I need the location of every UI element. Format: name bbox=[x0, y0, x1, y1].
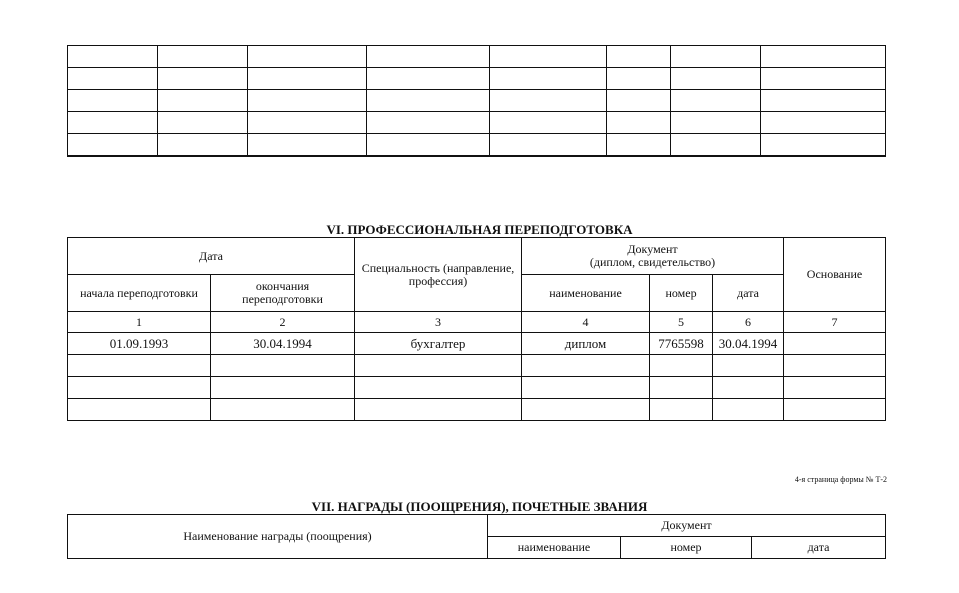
table-cell[interactable] bbox=[248, 68, 367, 90]
table-cell[interactable] bbox=[248, 46, 367, 68]
header-specialty: Специальность (направление, профессия) bbox=[355, 238, 522, 312]
table-cell[interactable]: 01.09.1993 bbox=[68, 333, 211, 355]
column-number: 5 bbox=[650, 312, 713, 333]
table-cell[interactable] bbox=[784, 377, 886, 399]
table-cell[interactable] bbox=[607, 90, 671, 112]
table-cell[interactable] bbox=[367, 68, 490, 90]
table-cell[interactable] bbox=[650, 355, 713, 377]
table-cell[interactable] bbox=[671, 68, 761, 90]
section-7-title: VII. НАГРАДЫ (ПООЩРЕНИЯ), ПОЧЕТНЫЕ ЗВАНИ… bbox=[0, 499, 959, 515]
table-cell[interactable] bbox=[713, 377, 784, 399]
table-cell[interactable] bbox=[490, 46, 607, 68]
column-number: 4 bbox=[522, 312, 650, 333]
table-row bbox=[68, 68, 886, 90]
table-cell[interactable] bbox=[522, 377, 650, 399]
table-cell[interactable] bbox=[490, 134, 607, 157]
table-row bbox=[68, 399, 886, 421]
table-cell[interactable] bbox=[367, 90, 490, 112]
table-cell[interactable] bbox=[158, 46, 248, 68]
table-cell[interactable] bbox=[211, 377, 355, 399]
header-document-subtitle: (диплом, свидетельство) bbox=[522, 256, 783, 269]
table-cell[interactable] bbox=[650, 399, 713, 421]
table-cell[interactable] bbox=[367, 134, 490, 157]
table-cell[interactable] bbox=[607, 112, 671, 134]
header-award-document: Документ bbox=[488, 515, 886, 537]
table-cell[interactable] bbox=[158, 134, 248, 157]
table-cell[interactable] bbox=[490, 90, 607, 112]
table-cell[interactable] bbox=[713, 355, 784, 377]
table-cell[interactable] bbox=[158, 90, 248, 112]
table-cell[interactable] bbox=[211, 399, 355, 421]
header-award-name: Наименование награды (поощрения) bbox=[68, 515, 488, 559]
table-cell[interactable] bbox=[761, 112, 886, 134]
table-cell[interactable] bbox=[713, 399, 784, 421]
table-cell[interactable] bbox=[355, 399, 522, 421]
table-cell[interactable] bbox=[761, 90, 886, 112]
header-date-end: окончания переподготовки bbox=[211, 275, 355, 312]
form-page-reference: 4-я страница формы № Т-2 bbox=[795, 475, 887, 484]
table-row bbox=[68, 377, 886, 399]
table-cell[interactable] bbox=[671, 112, 761, 134]
column-numbers-row: 1234567 bbox=[68, 312, 886, 333]
table-cell[interactable] bbox=[607, 68, 671, 90]
table-cell[interactable] bbox=[355, 355, 522, 377]
table-cell[interactable]: 30.04.1994 bbox=[211, 333, 355, 355]
table-cell[interactable]: диплом bbox=[522, 333, 650, 355]
table-cell[interactable] bbox=[248, 134, 367, 157]
table-row bbox=[68, 355, 886, 377]
table-row bbox=[68, 134, 886, 157]
header-date-start: начала переподготовки bbox=[68, 275, 211, 312]
table-cell[interactable] bbox=[671, 134, 761, 157]
header-document: Документ (диплом, свидетельство) bbox=[522, 238, 784, 275]
column-number: 1 bbox=[68, 312, 211, 333]
header-basis: Основание bbox=[784, 238, 886, 312]
table-cell[interactable] bbox=[68, 355, 211, 377]
column-number: 6 bbox=[713, 312, 784, 333]
table-row: 01.09.199330.04.1994бухгалтердиплом77655… bbox=[68, 333, 886, 355]
table-cell[interactable] bbox=[761, 68, 886, 90]
table-cell[interactable] bbox=[158, 68, 248, 90]
table-cell[interactable] bbox=[671, 90, 761, 112]
table-cell[interactable] bbox=[68, 46, 158, 68]
table-cell[interactable] bbox=[355, 377, 522, 399]
table-cell[interactable]: 7765598 bbox=[650, 333, 713, 355]
table-cell[interactable] bbox=[68, 90, 158, 112]
table-cell[interactable] bbox=[490, 112, 607, 134]
header-award-doc-name: наименование bbox=[488, 537, 621, 559]
table-row bbox=[68, 90, 886, 112]
table-cell[interactable] bbox=[761, 134, 886, 157]
table-cell[interactable]: бухгалтер bbox=[355, 333, 522, 355]
table-cell[interactable] bbox=[158, 112, 248, 134]
table-cell[interactable] bbox=[211, 355, 355, 377]
column-number: 2 bbox=[211, 312, 355, 333]
table-cell[interactable] bbox=[367, 112, 490, 134]
header-doc-name: наименование bbox=[522, 275, 650, 312]
header-date: Дата bbox=[68, 238, 355, 275]
table-cell[interactable] bbox=[68, 112, 158, 134]
table-cell[interactable] bbox=[761, 46, 886, 68]
header-doc-date: дата bbox=[713, 275, 784, 312]
table-cell[interactable] bbox=[650, 377, 713, 399]
header-doc-number: номер bbox=[650, 275, 713, 312]
previous-section-table bbox=[67, 45, 886, 157]
table-cell[interactable] bbox=[784, 333, 886, 355]
column-number: 3 bbox=[355, 312, 522, 333]
table-row bbox=[68, 46, 886, 68]
table-cell[interactable] bbox=[671, 46, 761, 68]
table-cell[interactable] bbox=[68, 68, 158, 90]
table-cell[interactable] bbox=[522, 355, 650, 377]
header-award-doc-date: дата bbox=[752, 537, 886, 559]
table-cell[interactable]: 30.04.1994 bbox=[713, 333, 784, 355]
table-cell[interactable] bbox=[367, 46, 490, 68]
section-6-title: VI. ПРОФЕССИОНАЛЬНАЯ ПЕРЕПОДГОТОВКА bbox=[0, 222, 959, 238]
table-cell[interactable] bbox=[68, 377, 211, 399]
table-cell[interactable] bbox=[490, 68, 607, 90]
table-cell[interactable] bbox=[248, 90, 367, 112]
table-row bbox=[68, 112, 886, 134]
table-cell[interactable] bbox=[248, 112, 367, 134]
retraining-table: Дата Специальность (направление, професс… bbox=[67, 237, 886, 421]
column-number: 7 bbox=[784, 312, 886, 333]
awards-table: Наименование награды (поощрения) Докумен… bbox=[67, 514, 886, 559]
table-cell[interactable] bbox=[607, 46, 671, 68]
table-cell[interactable] bbox=[68, 399, 211, 421]
table-cell[interactable] bbox=[522, 399, 650, 421]
header-award-doc-number: номер bbox=[621, 537, 752, 559]
table-cell[interactable] bbox=[68, 134, 158, 157]
table-cell[interactable] bbox=[607, 134, 671, 157]
table-cell[interactable] bbox=[784, 399, 886, 421]
table-cell[interactable] bbox=[784, 355, 886, 377]
